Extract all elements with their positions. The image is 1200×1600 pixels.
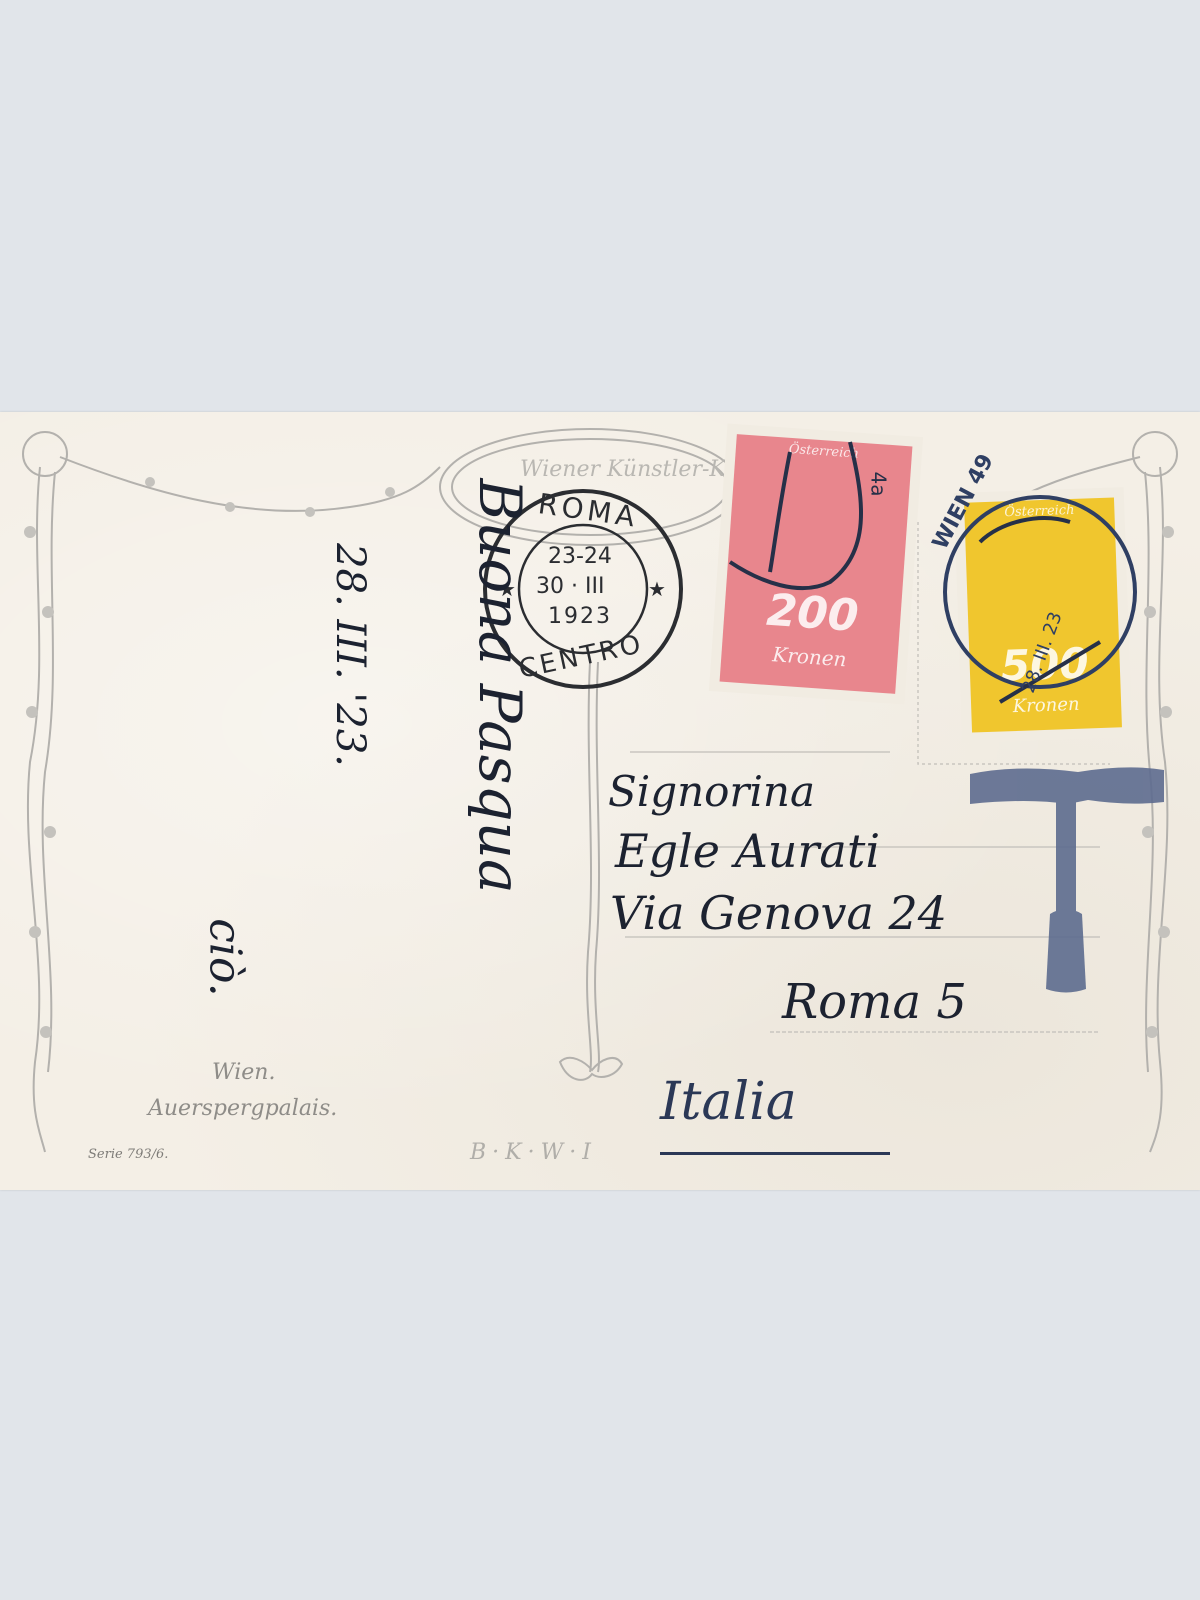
postcard: Wiener Künstler-Karte ★ ★ ROMA 23-24 30 …	[0, 412, 1200, 1190]
handwritten-signature: ciò.	[200, 893, 251, 1023]
vienna-postmark-suffix: 4a	[866, 472, 890, 497]
caption-city: Wien.	[212, 1060, 275, 1085]
address-line-2: Egle Aurati	[615, 824, 880, 878]
handwritten-date: 28. III. '23.	[327, 505, 373, 805]
rome-postmark-year: 1923	[548, 604, 612, 629]
rome-postmark-date: 30 · III	[536, 574, 604, 599]
address-line-4: Roma 5	[782, 974, 967, 1030]
rome-postmark-time: 23-24	[548, 544, 612, 569]
vienna-cancel-marks	[700, 422, 1160, 742]
publisher-mark: B·K·W·I	[470, 1140, 597, 1165]
handwritten-greeting: Buona Pasqua	[466, 476, 534, 896]
caption-building: Auerspergpalais.	[148, 1096, 337, 1121]
address-line-3: Via Genova 24	[610, 886, 947, 940]
address-line-5: Italia	[660, 1072, 797, 1132]
series-number: Serie 793/6.	[88, 1147, 168, 1162]
postage-due-t-mark	[968, 764, 1168, 1004]
address-line-1: Signorina	[608, 767, 815, 816]
address-underline	[660, 1152, 890, 1155]
svg-text:★: ★	[648, 577, 666, 601]
